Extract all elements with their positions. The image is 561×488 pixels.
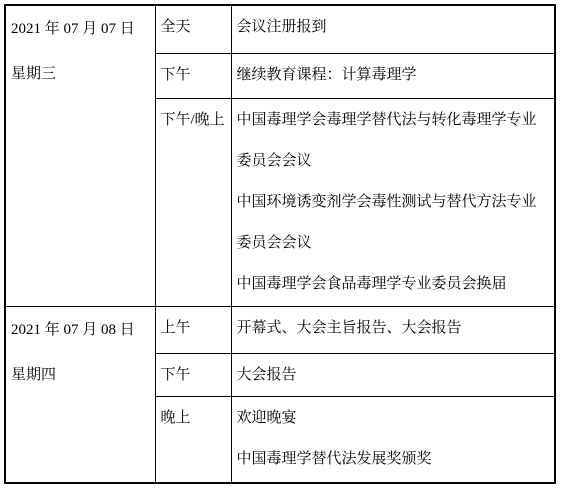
time-text: 下午 [161, 55, 227, 96]
table-row: 2021 年 07 月 07 日 星期三 全天 会议注册报到 [5, 5, 555, 53]
time-text: 下午 [161, 355, 227, 396]
event-text: 委员会会议 [237, 223, 551, 264]
time-text: 下午/晚上 [161, 100, 227, 141]
time-cell: 晚上 [155, 396, 231, 483]
time-text: 上午 [161, 308, 227, 349]
time-text: 晚上 [161, 398, 227, 439]
time-cell: 下午/晚上 [155, 98, 231, 306]
weekday-text: 星期四 [11, 353, 151, 398]
time-cell: 全天 [155, 5, 231, 53]
event-cell: 继续教育课程：计算毒理学 [231, 53, 555, 98]
time-cell: 下午 [155, 353, 231, 396]
event-text: 委员会会议 [237, 141, 551, 182]
event-text: 开幕式、大会主旨报告、大会报告 [237, 308, 551, 349]
event-text: 中国毒理学替代法发展奖颁奖 [237, 439, 551, 480]
event-cell: 大会报告 [231, 353, 555, 396]
event-text: 大会报告 [237, 355, 551, 396]
date-cell-day2: 2021 年 07 月 08 日 星期四 [5, 306, 155, 483]
time-cell: 下午 [155, 53, 231, 98]
time-cell: 上午 [155, 306, 231, 353]
time-text: 全天 [161, 7, 227, 48]
event-cell: 欢迎晚宴 中国毒理学替代法发展奖颁奖 [231, 396, 555, 483]
table-row: 2021 年 07 月 08 日 星期四 上午 开幕式、大会主旨报告、大会报告 [5, 306, 555, 353]
event-cell: 会议注册报到 [231, 5, 555, 53]
event-text: 中国毒理学会食品毒理学专业委员会换届 [237, 264, 551, 305]
date-cell-day1: 2021 年 07 月 07 日 星期三 [5, 5, 155, 306]
event-cell: 中国毒理学会毒理学替代法与转化毒理学专业 委员会会议 中国环境诱变剂学会毒性测试… [231, 98, 555, 306]
date-text: 2021 年 07 月 07 日 [11, 7, 151, 52]
event-text: 中国环境诱变剂学会毒性测试与替代方法专业 [237, 182, 551, 223]
event-cell: 开幕式、大会主旨报告、大会报告 [231, 306, 555, 353]
event-text: 欢迎晚宴 [237, 398, 551, 439]
event-text: 继续教育课程：计算毒理学 [237, 55, 551, 96]
weekday-text: 星期三 [11, 52, 151, 97]
date-text: 2021 年 07 月 08 日 [11, 308, 151, 353]
event-text: 会议注册报到 [237, 7, 551, 48]
conference-schedule-table: 2021 年 07 月 07 日 星期三 全天 会议注册报到 下午 继续教育课程… [4, 4, 556, 484]
event-text: 中国毒理学会毒理学替代法与转化毒理学专业 [237, 100, 551, 141]
document-page: 2021 年 07 月 07 日 星期三 全天 会议注册报到 下午 继续教育课程… [0, 0, 561, 484]
